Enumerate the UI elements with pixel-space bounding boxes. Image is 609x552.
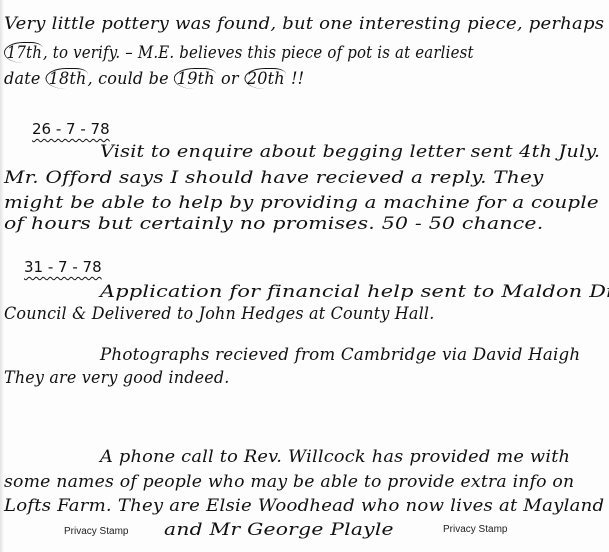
entry-5-line-1: A phone call to Rev. Willcock has provid… (100, 447, 570, 467)
entry-1-line-1: Very little pottery was found, but one i… (4, 14, 604, 34)
entry-5-line-2: some names of people who may be able to … (4, 472, 574, 492)
entry-3-line-2: Council & Delivered to John Hedges at Co… (4, 304, 434, 324)
entry-2-line-4: of hours but certainly no promises. 50 -… (4, 214, 543, 234)
entry-1-line-2-text: , to verify. – M.E. believes this piece … (43, 43, 474, 63)
document-page: Very little pottery was found, but one i… (0, 0, 609, 552)
entry-4-line-1: Photographs recieved from Cambridge via … (100, 345, 580, 365)
century-18: 18th (46, 68, 88, 89)
entry-5-line-4: and Mr George Playle (164, 520, 394, 540)
entry-2-line-3: might be able to help by providing a mac… (4, 193, 599, 213)
entry-1-line-3-end: !! (291, 69, 304, 89)
century-20: 20th (244, 68, 286, 89)
entry-1-line-3-start: date (4, 69, 41, 89)
entry-1-line-3: date 18th, could be 19th or 20th !! (4, 68, 304, 89)
entry-2-line-1: Visit to enquire about begging letter se… (100, 142, 600, 162)
privacy-stamp-right: Privacy Stamp (443, 524, 507, 535)
century-17: 17th (4, 42, 43, 63)
entry-4-line-2: They are very good indeed. (4, 368, 230, 388)
entry-2-line-2: Mr. Offord says I should have recieved a… (4, 168, 544, 188)
entry-date-26-7-78: 26 - 7 - 78 (32, 120, 110, 138)
entry-1-line-2: 17th, to verify. – M.E. believes this pi… (4, 42, 474, 63)
entry-1-line-3-tail: , could be (87, 69, 168, 89)
entry-5-line-3: Lofts Farm. They are Elsie Woodhead who … (4, 496, 604, 516)
century-19: 19th (174, 68, 216, 89)
entry-1-line-3-or: or (221, 69, 239, 89)
entry-3-line-1: Application for financial help sent to M… (100, 282, 609, 302)
entry-date-31-7-78: 31 - 7 - 78 (24, 258, 102, 276)
privacy-stamp-left: Privacy Stamp (64, 526, 128, 537)
